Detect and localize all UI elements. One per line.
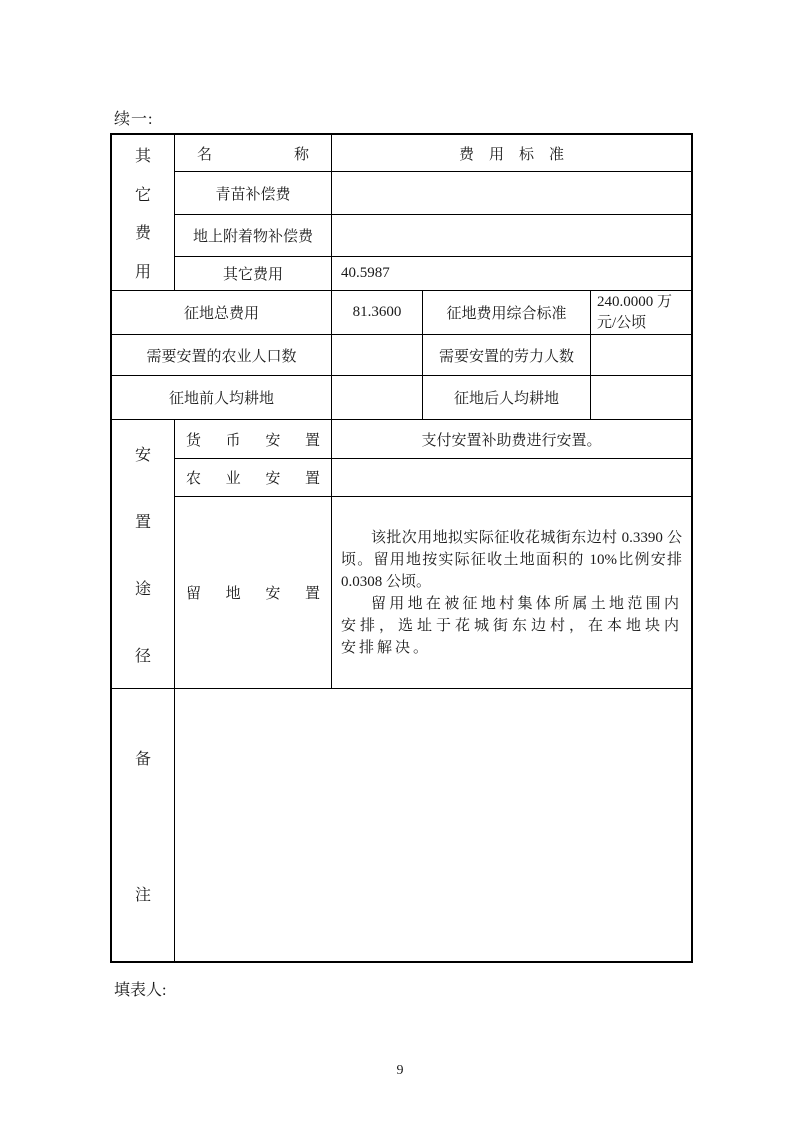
labor-count-label: 需要安置的劳力人数 [423, 335, 591, 375]
land-reserve-paragraph-2: 留用地在被征地村集体所属土地范围内安排，选址于花城街东边村，在本地块内安排解决。 [341, 593, 682, 659]
comprehensive-standard-label: 征地费用综合标准 [423, 291, 591, 334]
resettlement-section: 安 置 途 径 货 币 安 置 支付安置补助费进行安置。 农 业 安 置 [112, 420, 691, 689]
land-reserve-resettlement-content: 该批次用地拟实际征收花城街东边村 0.3390 公顷。留用地按实际征收土地面积的… [332, 497, 691, 688]
label-char: 置 [305, 582, 320, 603]
other-fee-label: 其它费用 [175, 257, 332, 290]
value-text: 240.0000 万元/公顷 [597, 292, 685, 334]
pre-expropriation-farmland-label: 征地前人均耕地 [112, 376, 332, 419]
table-row: 留 地 安 置 该批次用地拟实际征收花城街东边村 0.3390 公顷。留用地按实… [175, 497, 691, 688]
post-expropriation-farmland-label: 征地后人均耕地 [423, 376, 591, 419]
side-char: 径 [135, 643, 151, 666]
comprehensive-standard-value: 240.0000 万元/公顷 [591, 291, 691, 334]
header-text: 称 [294, 143, 309, 164]
side-char: 备 [135, 746, 151, 769]
agricultural-population-label: 需要安置的农业人口数 [112, 335, 332, 375]
header-text: 名 [197, 143, 212, 164]
side-char: 安 [135, 442, 151, 465]
table-row: 青苗补偿费 [175, 172, 691, 215]
ground-attachment-compensation-value [332, 215, 691, 256]
label-char: 币 [226, 429, 241, 450]
resettlement-side-header: 安 置 途 径 [112, 420, 175, 688]
post-expropriation-farmland-value [591, 376, 691, 419]
side-char: 其 [135, 143, 151, 166]
land-reserve-resettlement-label: 留 地 安 置 [175, 497, 332, 688]
label-char: 货 [186, 429, 201, 450]
seedling-compensation-label: 青苗补偿费 [175, 172, 332, 214]
side-char: 注 [135, 882, 151, 905]
table-row: 征地前人均耕地 征地后人均耕地 [112, 376, 691, 420]
label-char: 地 [226, 582, 241, 603]
page-number: 9 [0, 1063, 800, 1079]
label-char: 留 [186, 582, 201, 603]
side-char: 它 [135, 182, 151, 205]
other-fees-side-header: 其 它 费 用 [112, 135, 175, 290]
table-row: 农 业 安 置 [175, 459, 691, 497]
label-char: 置 [305, 429, 320, 450]
labor-count-value [591, 335, 691, 375]
name-column-header: 名 称 [175, 135, 332, 171]
remarks-side-header: 备 注 [112, 689, 175, 961]
table-row: 地上附着物补偿费 [175, 215, 691, 257]
fee-standard-column-header: 费 用 标 准 [332, 135, 691, 171]
total-expropriation-fee-value: 81.3600 [332, 291, 423, 334]
land-expropriation-form-table: 其 它 费 用 名 称 费 用 标 准 青苗补偿费 地上附着物补偿费 [110, 133, 693, 963]
table-row: 其它费用 40.5987 [175, 257, 691, 290]
agricultural-resettlement-content [332, 459, 691, 496]
seedling-compensation-value [332, 172, 691, 214]
form-filler-label: 填表人: [114, 977, 166, 1000]
header-text: 费 用 标 准 [459, 143, 564, 164]
monetary-resettlement-content: 支付安置补助费进行安置。 [332, 420, 691, 458]
other-fee-value: 40.5987 [332, 257, 691, 290]
label-char: 农 [186, 467, 201, 488]
side-char: 用 [135, 259, 151, 282]
remarks-section: 备 注 [112, 689, 691, 961]
remarks-content [175, 689, 691, 961]
label-char: 安 [265, 582, 280, 603]
label-char: 置 [305, 467, 320, 488]
pre-expropriation-farmland-value [332, 376, 423, 419]
side-char: 置 [135, 509, 151, 532]
label-char: 安 [265, 429, 280, 450]
table-row: 名 称 费 用 标 准 [175, 135, 691, 172]
label-char: 安 [265, 467, 280, 488]
table-row: 征地总费用 81.3600 征地费用综合标准 240.0000 万元/公顷 [112, 291, 691, 335]
total-expropriation-fee-label: 征地总费用 [112, 291, 332, 334]
ground-attachment-compensation-label: 地上附着物补偿费 [175, 215, 332, 256]
agricultural-resettlement-label: 农 业 安 置 [175, 459, 332, 496]
other-fees-section: 其 它 费 用 名 称 费 用 标 准 青苗补偿费 地上附着物补偿费 [112, 135, 691, 291]
land-reserve-paragraph-1: 该批次用地拟实际征收花城街东边村 0.3390 公顷。留用地按实际征收土地面积的… [341, 527, 682, 593]
table-row: 货 币 安 置 支付安置补助费进行安置。 [175, 420, 691, 459]
monetary-resettlement-label: 货 币 安 置 [175, 420, 332, 458]
side-char: 途 [135, 576, 151, 599]
table-row: 需要安置的农业人口数 需要安置的劳力人数 [112, 335, 691, 376]
side-char: 费 [135, 220, 151, 243]
label-char: 业 [226, 467, 241, 488]
agricultural-population-value [332, 335, 423, 375]
continuation-label: 续一: [114, 106, 153, 129]
